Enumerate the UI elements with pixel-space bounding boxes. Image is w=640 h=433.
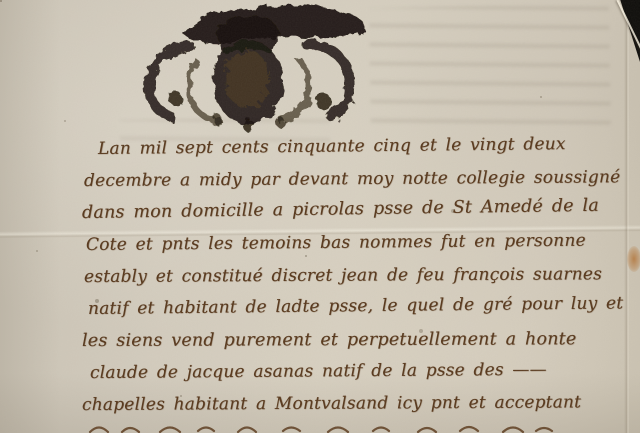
ink-showthrough-upper-right — [369, 4, 611, 136]
manuscript-text-block: Lan mil sept cents cinquante cinq et le … — [82, 134, 627, 422]
paper-shading-left — [0, 0, 60, 433]
clipped-line-strokes — [88, 423, 558, 433]
rust-stain — [627, 246, 640, 272]
stamp-left-scroll — [150, 46, 190, 116]
manuscript-line: chapelles habitant a Montvalsand icy pnt… — [82, 387, 627, 422]
manuscript-line: natif et habitant de ladte psse, le quel… — [88, 288, 627, 326]
manuscript-line: Cote et pnts les temoins bas nommes fut … — [86, 225, 627, 262]
manuscript-photo: Lan mil sept cents cinquante cinq et le … — [0, 0, 640, 433]
coat-of-arms-ink-stamp — [128, 0, 373, 134]
manuscript-line: Lan mil sept cents cinquante cinq et le … — [98, 128, 627, 166]
paper-specks — [0, 0, 2, 2]
manuscript-line: claude de jacque asanas natif de la psse… — [90, 354, 627, 390]
manuscript-line: les siens vend purement et perpetuelleme… — [82, 324, 627, 358]
manuscript-line: dans mon domicille a picrolas psse de St… — [82, 190, 627, 230]
